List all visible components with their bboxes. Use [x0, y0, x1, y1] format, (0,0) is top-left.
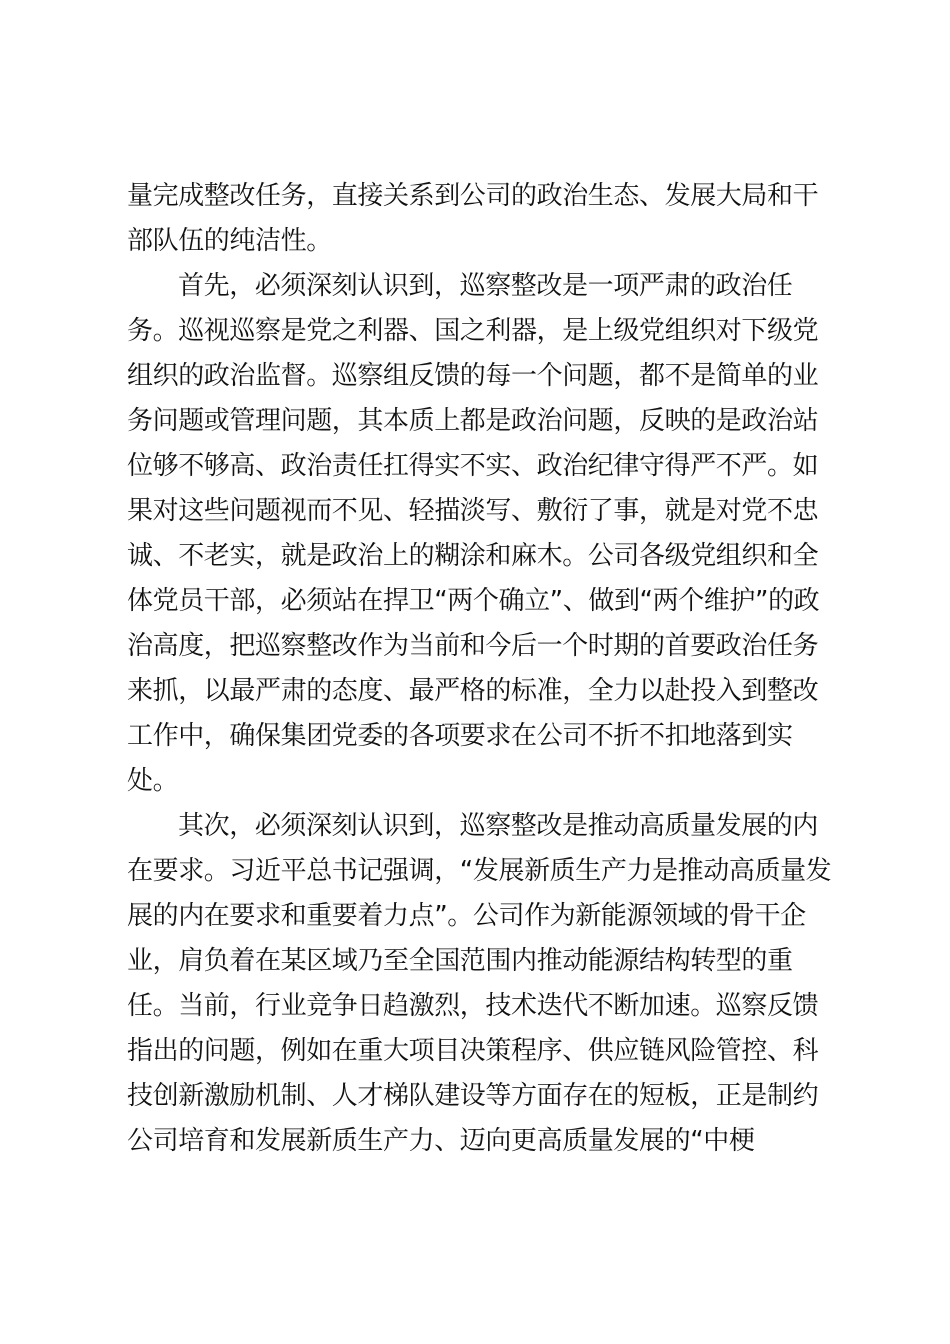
text-line: 果对这些问题视而不见、轻描淡写、敷衍了事，就是对党不忠	[127, 494, 847, 528]
text-line: 处。	[127, 764, 847, 798]
text-line: 技创新激励机制、人才梯队建设等方面存在的短板，正是制约	[127, 1079, 847, 1113]
text-line: 务。巡视巡察是党之利器、国之利器，是上级党组织对下级党	[127, 314, 847, 348]
text-line: 体党员干部，必须站在捍卫“两个确立”、做到“两个维护”的政	[127, 584, 847, 618]
paragraph-first-line: 其次，必须深刻认识到，巡察整改是推动高质量发展的内	[178, 809, 898, 843]
paragraph-first-line: 首先，必须深刻认识到，巡察整改是一项严肃的政治任	[178, 269, 898, 303]
text-line: 组织的政治监督。巡察组反馈的每一个问题，都不是简单的业	[127, 359, 847, 393]
text-line: 治高度，把巡察整改作为当前和今后一个时期的首要政治任务	[127, 629, 847, 663]
text-line: 任。当前，行业竞争日趋激烈，技术迭代不断加速。巡察反馈	[127, 989, 847, 1023]
text-line: 业，肩负着在某区域乃至全国范围内推动能源结构转型的重	[127, 944, 847, 978]
text-line: 工作中，确保集团党委的各项要求在公司不折不扣地落到实	[127, 719, 847, 753]
text-line: 部队伍的纯洁性。	[127, 224, 847, 258]
text-line: 诚、不老实，就是政治上的糊涂和麻木。公司各级党组织和全	[127, 539, 847, 573]
text-line: 公司培育和发展新质生产力、迈向更高质量发展的“中梗	[127, 1124, 847, 1158]
text-line: 来抓，以最严肃的态度、最严格的标准，全力以赴投入到整改	[127, 674, 847, 708]
text-line: 务问题或管理问题，其本质上都是政治问题，反映的是政治站	[127, 404, 847, 438]
text-line: 量完成整改任务，直接关系到公司的政治生态、发展大局和干	[127, 179, 847, 213]
text-line: 在要求。习近平总书记强调，“发展新质生产力是推动高质量发	[127, 854, 847, 888]
text-line: 指出的问题，例如在重大项目决策程序、供应链风险管控、科	[127, 1034, 847, 1068]
text-line: 展的内在要求和重要着力点”。公司作为新能源领域的骨干企	[127, 899, 847, 933]
document-page: 量完成整改任务，直接关系到公司的政治生态、发展大局和干 部队伍的纯洁性。 首先，…	[0, 0, 950, 1344]
text-line: 位够不够高、政治责任扛得实不实、政治纪律守得严不严。如	[127, 449, 847, 483]
